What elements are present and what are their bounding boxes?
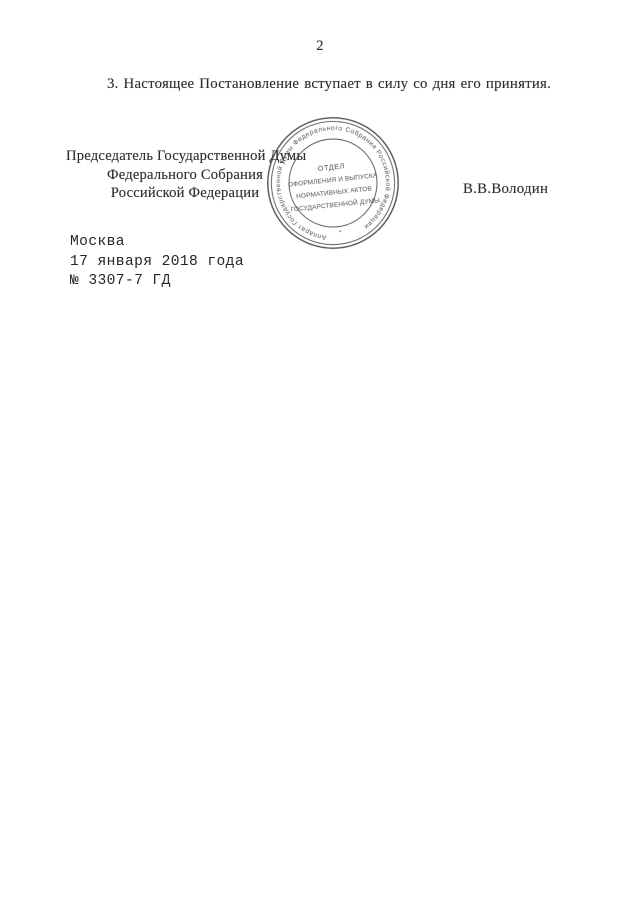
document-page: 2 3. Настоящее Постановление вступает в … bbox=[0, 0, 640, 905]
issue-details-block: Москва 17 января 2018 года № 3307-7 ГД bbox=[70, 233, 244, 292]
official-round-stamp: Аппарат Государственной Думы Федеральног… bbox=[258, 108, 407, 257]
issue-document-number: № 3307-7 ГД bbox=[70, 272, 244, 292]
issue-date: 17 января 2018 года bbox=[70, 253, 244, 273]
signatory-name: В.В.Володин bbox=[463, 181, 548, 198]
issue-city: Москва bbox=[70, 233, 244, 253]
stamp-center-line-1: ОТДЕЛ bbox=[317, 161, 345, 173]
stamp-star-icon: * bbox=[339, 229, 343, 236]
body-paragraph: 3. Настоящее Постановление вступает в си… bbox=[107, 76, 577, 93]
page-number: 2 bbox=[0, 38, 640, 55]
